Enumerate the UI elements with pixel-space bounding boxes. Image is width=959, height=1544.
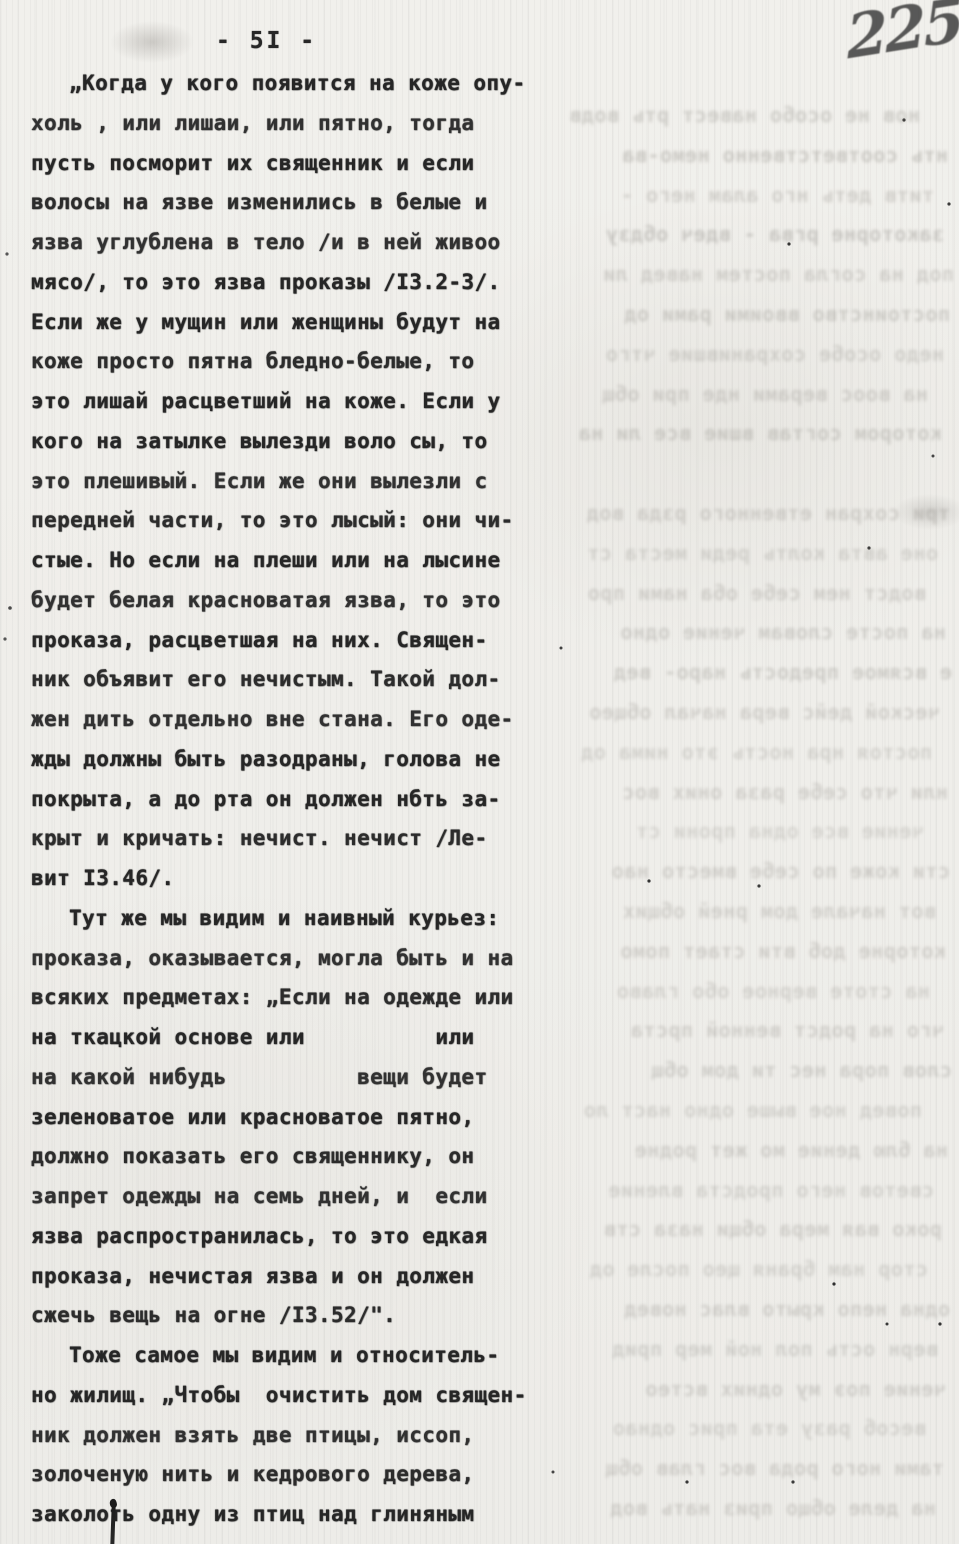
typed-text-line: это плешивый. Если же они вылезли с — [31, 462, 531, 502]
typed-text-line: крыт и кричать: нечист. нечист /Ле- — [31, 819, 531, 859]
bleedthrough-line: титв деть нго алам него - — [520, 176, 956, 216]
typed-text-line: это лишай расцветший на коже. Если у — [31, 382, 531, 422]
bleedthrough-line: закоторне ргва - вдеч обдзу — [520, 215, 956, 255]
typed-text-line: Тоже самое мы видим и относитель- — [31, 1336, 531, 1376]
bleedthrough-line: одна непо крыто влас новед — [520, 1290, 956, 1330]
bleedthrough-line: постоя нра ность это нима од — [520, 733, 956, 773]
handwritten-page-number: 225 — [845, 0, 959, 73]
bleedthrough-line: которне доб вти стает помо — [520, 932, 956, 972]
bleedthrough-line: на посте словам чение одно — [520, 613, 956, 653]
bleedthrough-line: тами ного рода вос глав общ — [520, 1449, 956, 1489]
typed-text-line: зеленоватое или красноватое пятно, — [31, 1098, 531, 1138]
typed-text-line: но жилищ. „Чтобы очистить дом священ- — [31, 1376, 531, 1416]
bleedthrough-line: под на согла постем навед ли — [520, 255, 956, 295]
page-number: - 5I - — [216, 28, 317, 54]
typed-text-line: золоченую нить и кедрового дерева, — [31, 1455, 531, 1495]
bleedthrough-line: на блю дение мо жет родне — [520, 1131, 956, 1171]
typed-text-line: запрет одежды на семь дней, и если — [31, 1177, 531, 1217]
typed-text-line: кого на затылке вылезди воло сы, то — [31, 422, 531, 462]
typed-text-line: „Когда у кого появится на коже опу- — [31, 64, 531, 104]
bleedthrough-line: верн ость пол ной мер прид — [520, 1330, 956, 1370]
typed-text-line: ник объявит его нечистым. Такой дол- — [31, 660, 531, 700]
typed-text-line: всяких предметах: „Если на одежде или — [31, 978, 531, 1018]
bleedthrough-line — [520, 454, 956, 494]
bleedthrough-line: на деле общо приз нать вод — [520, 1489, 956, 1529]
bleedthrough-line: вот начале дом рней общих — [520, 892, 956, 932]
bleedthrough-line: ческой дейс вера начал общео — [520, 693, 956, 733]
bleedthrough-line: весоб разу ета прис однао — [520, 1409, 956, 1449]
bleedthrough-line: стор нам браня щео после од — [520, 1250, 956, 1290]
typed-text-line: язва распространилась, то это едкая — [31, 1217, 531, 1257]
bleedthrough-line: нли что себе раза оних вос — [520, 773, 956, 813]
bleedthrough-line: нть соответственно немо-ва — [520, 136, 956, 176]
typed-text-column: „Когда у кого появится на коже опу-холь … — [31, 64, 531, 1535]
bleedthrough-line: котором согтав вшие все ли на — [520, 414, 956, 454]
typed-text-line: язва углублена в тело /и в ней живоо — [31, 223, 531, 263]
bleedthrough-line: светов него продста вление — [520, 1171, 956, 1211]
bleedthrough-line: оне авта колть реди места ст — [520, 534, 956, 574]
bleedthrough-line: недо особе сохранившие чтго — [520, 335, 956, 375]
typed-text-line: проказа, оказывается, могла быть и на — [31, 939, 531, 979]
bleedthrough-line: повед ное выше одно наст ло — [520, 1091, 956, 1131]
bleedthrough-line: на воос верами нде при общ — [520, 375, 956, 415]
typed-text-line: заколоть одну из птиц над глиняным — [31, 1495, 531, 1535]
typed-text-line: сжечь вещь на огне /I3.52/". — [31, 1296, 531, 1336]
pen-stroke-mark — [110, 1502, 116, 1544]
typed-text-line: покрыта, а до рта он должен нбть за- — [31, 780, 531, 820]
typed-text-line: будет белая красноватая язва, то это — [31, 581, 531, 621]
typed-text-line: передней части, то это лысый: они чи- — [31, 501, 531, 541]
typed-text-line: пусть посморит их священник и если — [31, 144, 531, 184]
typed-text-line: коже просто пятна бледно-белые, то — [31, 342, 531, 382]
typed-text-line: Тут же мы видим и наивный курьез: — [31, 899, 531, 939]
typed-text-line: Если же у мущин или женщины будут на — [31, 303, 531, 343]
bleedthrough-line: водст нем себе оба нами про — [520, 574, 956, 614]
typed-text-line: проказа, нечистая язва и он должен — [31, 1257, 531, 1297]
typed-text-line: на ткацкой основе или или — [31, 1018, 531, 1058]
bleedthrough-line: чение поэ му одних встео — [520, 1370, 956, 1410]
bleedthrough-line: сти коже по себе вместо нао — [520, 852, 956, 892]
scanned-document-page: нов не особо навест рть водвнть соответс… — [0, 0, 959, 1544]
bleedthrough-line: роко вая мера общи наза ств — [520, 1210, 956, 1250]
bleedthrough-line: нов не особо навест рть водв — [520, 96, 956, 136]
typed-text-line: мясо/, то это язва проказы /I3.2-3/. — [31, 263, 531, 303]
typed-text-line: вит I3.46/. — [31, 859, 531, 899]
bleedthrough-text-column: нов не особо навест рть водвнть соответс… — [520, 96, 956, 1529]
bleedthrough-line: чение все одна прони ст — [520, 812, 956, 852]
bleedthrough-line: три сохран етвенного рзда вод — [520, 494, 956, 534]
typed-text-line: жен дить отдельно вне стана. Его оде- — [31, 700, 531, 740]
bleedthrough-line: на стоте верное обо главо — [520, 972, 956, 1012]
typed-text-line: волосы на язве изменились в белые и — [31, 183, 531, 223]
bleedthrough-line: чго на родст венной прста — [520, 1011, 956, 1051]
typed-text-line: на какой нибудь вещи будет — [31, 1058, 531, 1098]
typed-text-line: жды должны быть разодраны, голова не — [31, 740, 531, 780]
typed-text-line: должно показать его священнику, он — [31, 1137, 531, 1177]
bleedthrough-line: слов пора нес ти дом общ — [520, 1051, 956, 1091]
bleedthrough-line: постоинство ввоими рами од — [520, 295, 956, 335]
typed-text-line: проказа, расцветшая на них. Священ- — [31, 621, 531, 661]
bleedthrough-line: е всямое предость наро- вед — [520, 653, 956, 693]
ink-specks — [0, 0, 2, 2]
typed-text-line: ник должен взять две птицы, иссоп, — [31, 1416, 531, 1456]
typed-text-line: стые. Но если на плеши или на лысине — [31, 541, 531, 581]
typed-text-line: холь , или лишаи, или пятно, тогда — [31, 104, 531, 144]
